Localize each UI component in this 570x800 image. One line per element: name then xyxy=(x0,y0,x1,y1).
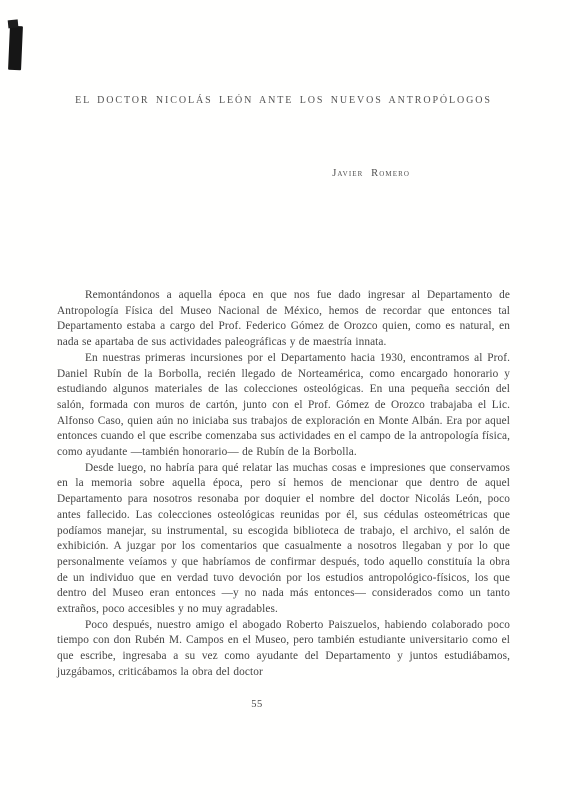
scanned-document-page: EL DOCTOR NICOLÁS LEÓN ANTE LOS NUEVOS A… xyxy=(0,0,570,800)
page-number: 55 xyxy=(57,699,457,710)
paragraph-4: Poco después, nuestro amigo el abogado R… xyxy=(57,618,510,681)
article-body: Remontándonos a aquella época en que nos… xyxy=(57,288,510,681)
article-title: EL DOCTOR NICOLÁS LEÓN ANTE LOS NUEVOS A… xyxy=(57,95,510,106)
scanner-artifact-mark xyxy=(8,26,23,71)
article-author: Javier Romero xyxy=(0,168,410,179)
paragraph-1: Remontándonos a aquella época en que nos… xyxy=(57,288,510,351)
paragraph-2: En nuestras primeras incursiones por el … xyxy=(57,351,510,461)
paragraph-3: Desde luego, no habría para qué relatar … xyxy=(57,461,510,618)
